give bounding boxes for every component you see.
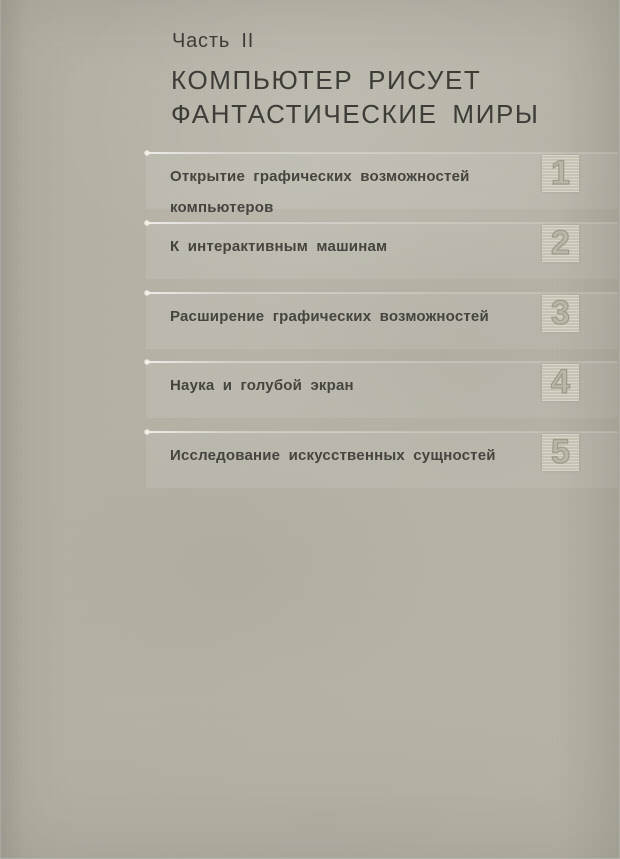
section-divider (146, 152, 618, 154)
toc-item-3: Расширение графических возможностей 3 (0, 292, 620, 362)
toc-item-label: Исследование искусственных сущностей (170, 440, 496, 471)
chapter-number-badge: 3 (542, 295, 579, 332)
toc-item-label: Расширение графических возможностей (170, 301, 489, 332)
chapter-number: 5 (551, 434, 570, 471)
chapter-number: 3 (551, 295, 570, 332)
section-divider (146, 222, 618, 224)
toc-item-1: Открытие графических возможностей компью… (0, 152, 620, 222)
divider-dot (144, 150, 150, 156)
toc-item-label: Наука и голубой экран (170, 370, 354, 401)
toc-item-5: Исследование искусственных сущностей 5 (0, 431, 620, 501)
section-divider (146, 292, 618, 294)
part-label: Часть II (172, 30, 254, 53)
divider-dot (144, 429, 150, 435)
toc-item-4: Наука и голубой экран 4 (0, 361, 620, 431)
chapter-number-badge: 2 (542, 225, 579, 262)
section-divider (146, 361, 618, 363)
scanned-book-page: Часть II КОМПЬЮТЕР РИСУЕТ ФАНТАСТИЧЕСКИЕ… (0, 0, 620, 859)
chapter-number-badge: 1 (542, 155, 579, 192)
chapter-number: 4 (551, 364, 570, 401)
page-title-line-2: ФАНТАСТИЧЕСКИЕ МИРЫ (171, 97, 540, 131)
chapter-number: 2 (551, 225, 570, 262)
page-title-line-1: КОМПЬЮТЕР РИСУЕТ (171, 63, 540, 97)
toc-item-label: Открытие графических возможностей компью… (170, 161, 510, 223)
section-divider (146, 431, 618, 433)
page-title: КОМПЬЮТЕР РИСУЕТ ФАНТАСТИЧЕСКИЕ МИРЫ (171, 63, 540, 131)
divider-dot (144, 359, 150, 365)
chapter-number-badge: 4 (542, 364, 579, 401)
chapter-number-badge: 5 (542, 434, 579, 471)
toc-item-label: К интерактивным машинам (170, 231, 387, 262)
divider-dot (144, 290, 150, 296)
toc-item-2: К интерактивным машинам 2 (0, 222, 620, 292)
divider-dot (144, 220, 150, 226)
chapter-number: 1 (551, 155, 570, 192)
